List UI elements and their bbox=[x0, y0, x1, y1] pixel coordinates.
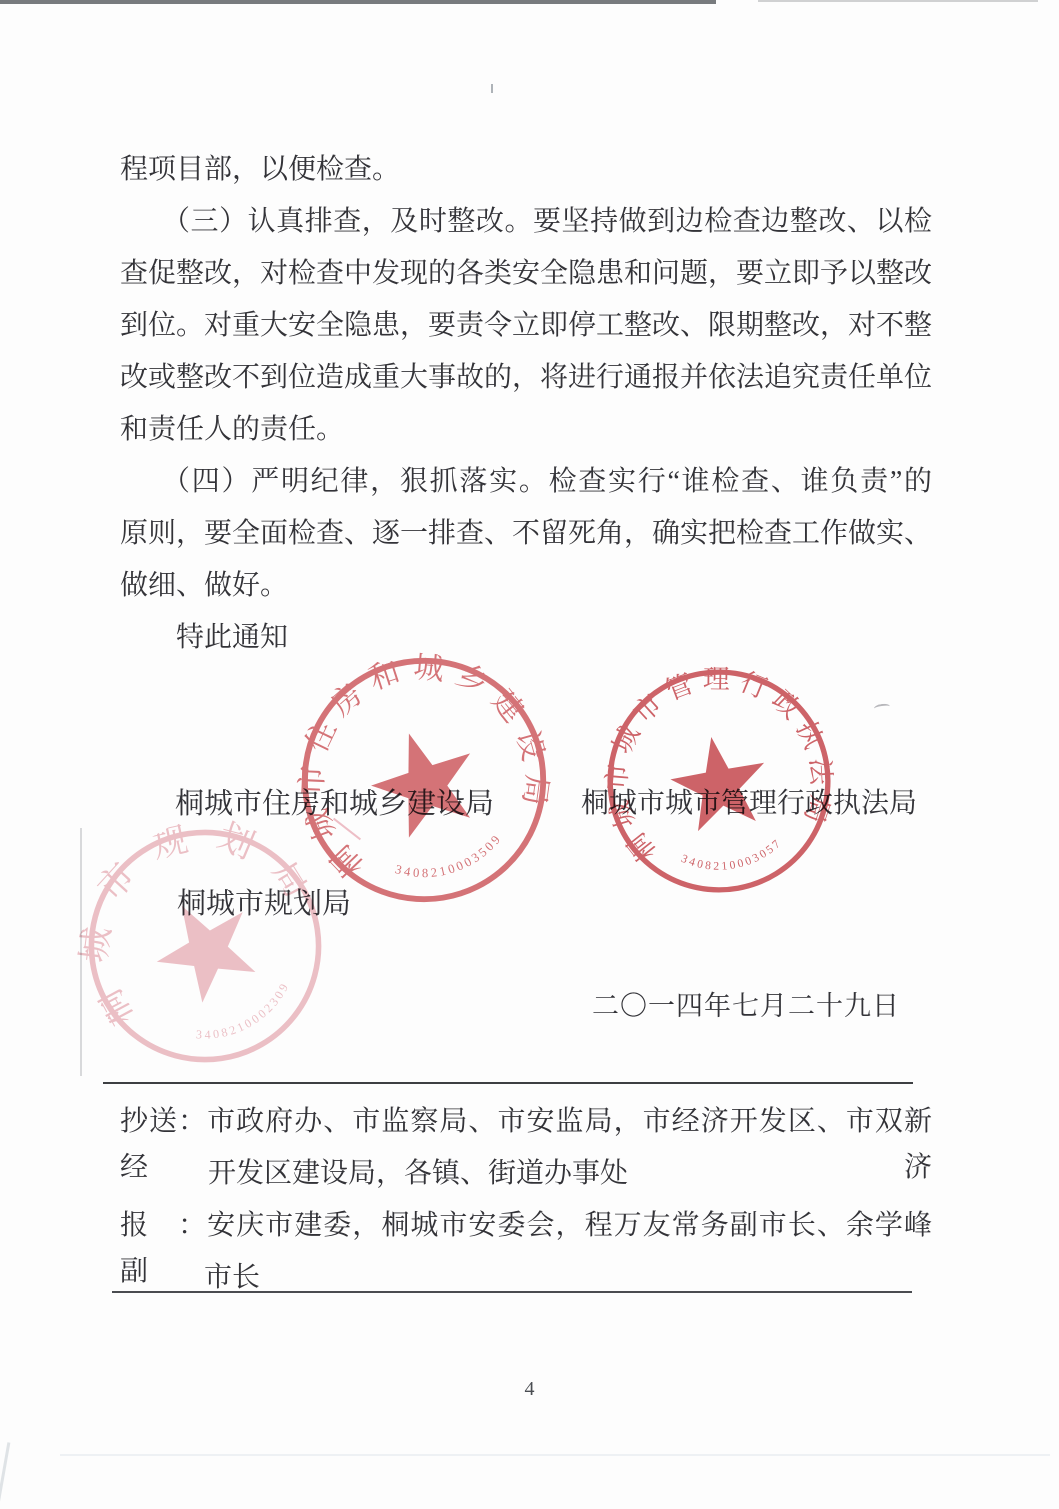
scan-artifact-speck bbox=[491, 84, 493, 93]
scan-artifact-top-line-2 bbox=[758, 0, 1038, 2]
body-line: （三）认真排查，及时整改。要坚持做到边检查边整改、以检 bbox=[120, 196, 932, 248]
report-label: 报 ： bbox=[120, 1210, 207, 1241]
document-date: 二〇一四年七月二十九日 bbox=[592, 986, 900, 1026]
cc-label: 抄送： bbox=[120, 1106, 207, 1137]
star-icon bbox=[139, 881, 272, 1012]
cc-row: 开发区建设局，各镇、街道办事处 bbox=[120, 1151, 932, 1197]
body-line: 和责任人的责任。 bbox=[120, 404, 932, 456]
scan-artifact-tilde-mark bbox=[874, 703, 891, 712]
seal-serial-number: 3408210003509 bbox=[390, 828, 511, 893]
body-line: （四）严明纪律，狠抓落实。检查实行“谁检查、谁负责”的 bbox=[120, 456, 932, 508]
body-line: 原则，要全面检查、逐一排查、不留死角，确实把检查工作做实、 bbox=[120, 508, 932, 560]
body-line: 程项目部，以便检查。 bbox=[120, 144, 932, 196]
star-icon bbox=[664, 729, 773, 835]
report-recipients-line2: 市长 bbox=[204, 1262, 260, 1293]
cc-recipients-line2: 开发区建设局，各镇、街道办事处 bbox=[208, 1158, 628, 1189]
body-line: 到位。对重大安全隐患，要责令立即停工整改、限期整改，对不整 bbox=[120, 300, 932, 352]
star-icon bbox=[359, 717, 489, 843]
body-text: 程项目部，以便检查。 （三）认真排查，及时整改。要坚持做到边检查边整改、以检 查… bbox=[120, 144, 932, 664]
report-row: 市长 bbox=[120, 1255, 932, 1301]
scan-artifact-bottom-diag bbox=[0, 1442, 10, 1504]
body-line: 查促整改，对检查中发现的各类安全隐患和问题，要立即予以整改 bbox=[120, 248, 932, 300]
document-page: 程项目部，以便检查。 （三）认真排查，及时整改。要坚持做到边检查边整改、以检 查… bbox=[0, 0, 1059, 1509]
scan-artifact-top-line bbox=[0, 0, 716, 4]
official-seal-enforcement: 桐城市城市管理行政执法局 3408210003057 bbox=[585, 647, 854, 916]
body-line: 改或整改不到位造成重大事故的，将进行通报并依法追究责任单位 bbox=[120, 352, 932, 404]
scan-artifact-bottom-line bbox=[60, 1454, 1050, 1456]
page-number: 4 bbox=[0, 1378, 1059, 1401]
separator-top bbox=[103, 1082, 913, 1084]
body-line: 做细、做好。 bbox=[120, 560, 932, 612]
